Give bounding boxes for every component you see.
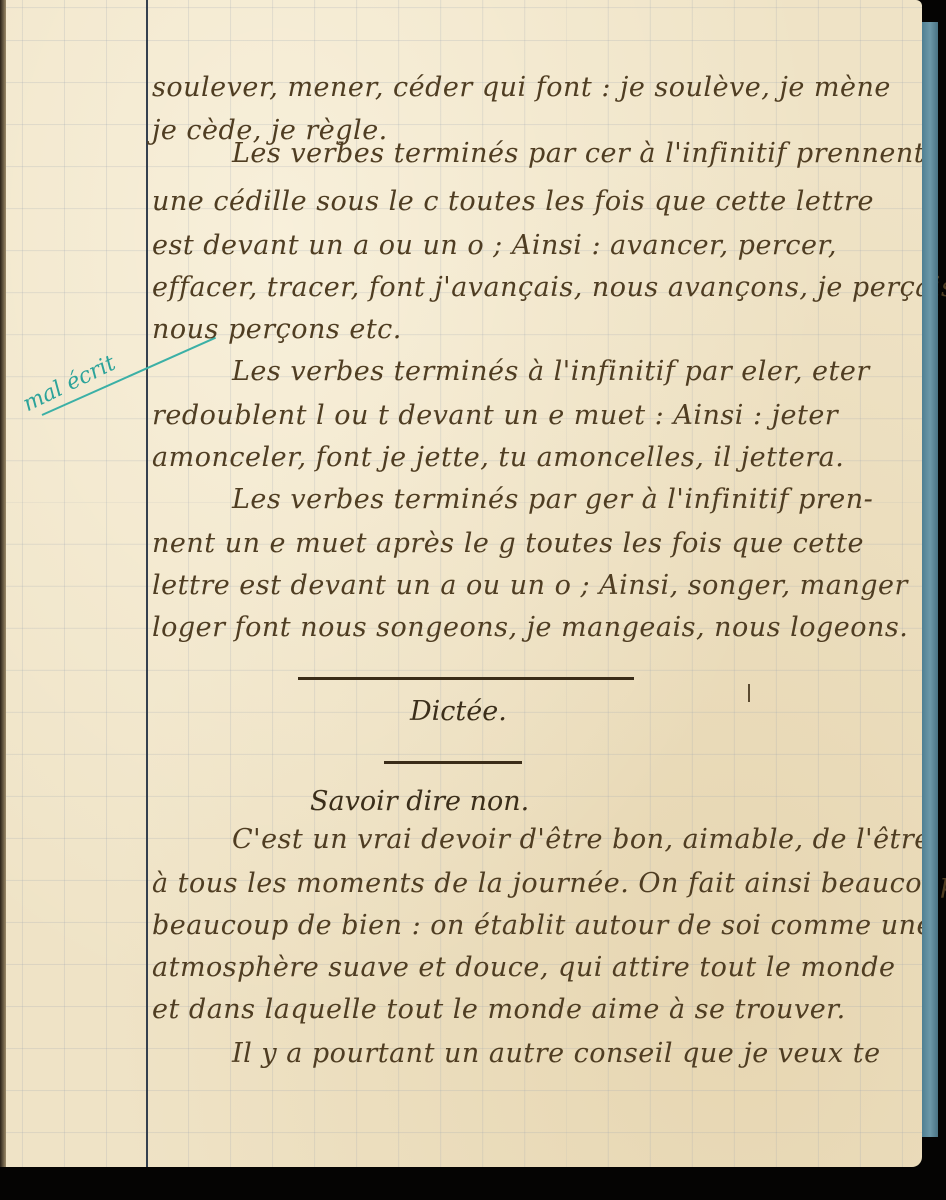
ink-mark (748, 684, 750, 702)
dictation-line: C'est un vrai devoir d'être bon, aimable… (232, 824, 931, 855)
lesson-line: une cédille sous le c toutes les fois qu… (152, 186, 874, 217)
lesson-line: Les verbes terminés par ger à l'infiniti… (232, 484, 873, 515)
section-divider (298, 677, 634, 680)
notebook-cover-edge (922, 22, 938, 1137)
dictation-heading: Dictée. (410, 696, 507, 727)
lesson-line: soulever, mener, céder qui font : je sou… (152, 72, 891, 103)
dictation-line: à tous les moments de la journée. On fai… (152, 868, 946, 899)
lesson-line: redoublent l ou t devant un e muet : Ain… (152, 400, 838, 431)
lesson-line: effacer, tracer, font j'avançais, nous a… (152, 272, 946, 303)
dictation-line: atmosphère suave et douce, qui attire to… (152, 952, 895, 983)
dictation-line: et dans laquelle tout le monde aime à se… (152, 994, 846, 1025)
lesson-line: nent un e muet après le g toutes les foi… (152, 528, 864, 559)
lesson-line: amonceler, font je jette, tu amoncelles,… (152, 442, 844, 473)
dictation-title: Savoir dire non. (310, 786, 529, 817)
dictation-line: beaucoup de bien : on établit autour de … (152, 910, 933, 941)
lesson-line: Les verbes terminés à l'infinitif par el… (232, 356, 870, 387)
dictation-line: Il y a pourtant un autre conseil que je … (232, 1038, 881, 1069)
lesson-line: est devant un a ou un o ; Ainsi : avance… (152, 230, 837, 261)
lesson-line: lettre est devant un a ou un o ; Ainsi, … (152, 570, 908, 601)
margin-line (146, 0, 148, 1167)
lesson-line: Les verbes terminés par cer à l'infiniti… (232, 138, 925, 169)
lesson-line: nous perçons etc. (152, 314, 402, 345)
teacher-margin-annotation: mal écrit (19, 351, 120, 417)
heading-underline (384, 761, 522, 764)
page-edge (0, 0, 6, 1167)
notebook-page: mal écrit soulever, mener, céder qui fon… (0, 0, 922, 1167)
lesson-line: loger font nous songeons, je mangeais, n… (152, 612, 908, 643)
